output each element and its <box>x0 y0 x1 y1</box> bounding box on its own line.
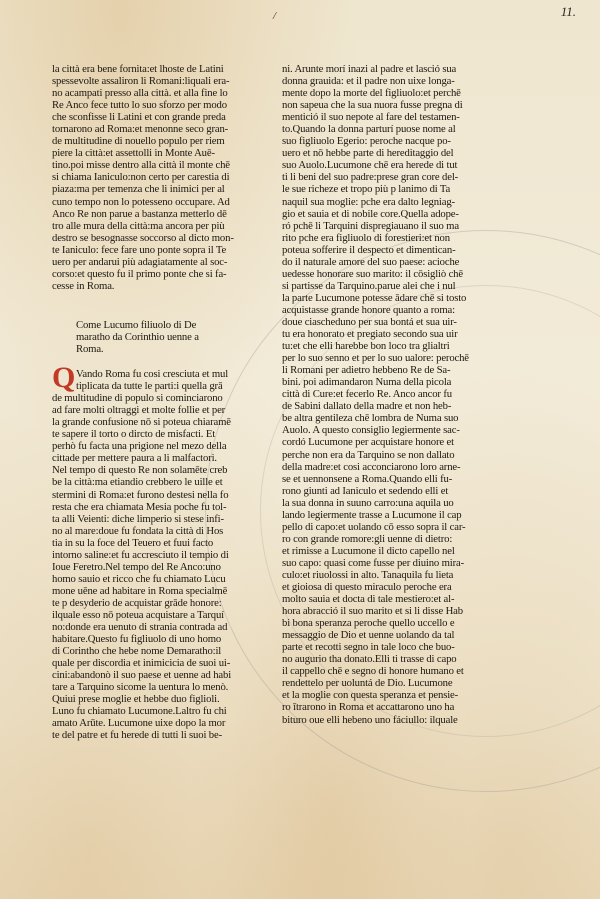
text-line: parte et recotti segno in tale loco che … <box>282 641 474 653</box>
text-line: resta che era chiamata Mesia poche fu to… <box>52 501 244 513</box>
text-line: la parte Lucumone potesse ādare chē si t… <box>282 292 474 304</box>
text-line: ti li beni del suo padre:prese gran core… <box>282 171 474 183</box>
text-line: la città era bene fornita:et lhoste de L… <box>52 63 244 75</box>
text-line: de multitudine di nouello populo per rie… <box>52 135 244 147</box>
text-line: ta alli Veienti: diche limperio si stese… <box>52 513 244 525</box>
text-line: perhò fu facta una prigione nel mezo del… <box>52 440 244 452</box>
text-line: te Ianiculo: fece fare uno ponte sopra i… <box>52 244 244 256</box>
text-line: rono giunti ad Ianiculo et sedendo elli … <box>282 485 474 497</box>
text-line: poteua sofferire il despecto et dimentic… <box>282 244 474 256</box>
text-line: Anco Re non parue a bastanza metterlo dē <box>52 208 244 220</box>
text-line: et rimisse a Lucumone il dicto capello n… <box>282 545 474 557</box>
text-line: uedesse honorare suo marito: il cōsigliò… <box>282 268 474 280</box>
text-line: donna grauida: et il padre non uixe long… <box>282 75 474 87</box>
text-line: de multitudine di populo si cominciarono <box>52 392 244 404</box>
text-line: la sua donna in suuno carro:una aquila u… <box>282 497 474 509</box>
text-line: stermini di Roma:et furono destesi nella… <box>52 489 244 501</box>
rubricated-initial: Q <box>52 365 74 391</box>
text-line: della madre:et cosi acconciarono loro ar… <box>282 461 474 473</box>
text-line: no augurio tha donato.Elli ti trasse di … <box>282 653 474 665</box>
text-line: ro con grande romore:gli uenne di dietro… <box>282 533 474 545</box>
text-line: homo sauio et ricco che fu chiamato Lucu <box>52 573 244 585</box>
text-line: Luno fu chiamato Lucumone.Laltro fu chi <box>52 705 244 717</box>
text-line: piaza:ma per temenza che li inimici per … <box>52 183 244 195</box>
text-line: mentició il suo nepote al fare del testa… <box>282 111 474 123</box>
text-line: Auolo. A questo consiglio legiermente sa… <box>282 424 474 436</box>
text-line: no:donde era uenuto di strania contrada … <box>52 621 244 633</box>
chapter-lines: de multitudine di populo si cominciarono… <box>52 392 244 741</box>
text-line: bini. poi adimandaron Numa della picola <box>282 376 474 388</box>
folio-number: 11. <box>561 4 576 20</box>
right-column: ni. Arunte morí inazi al padre et lasció… <box>282 63 474 726</box>
text-line: città di Cure:et fecerlo Re. Anco ancor … <box>282 388 474 400</box>
text-line: uero per andarui più adagiatamente al so… <box>52 256 244 268</box>
text-line: tornarono ad Roma:et menonne seco gran- <box>52 123 244 135</box>
text-line: bituro oue elli hebeno uno fáciullo: ilq… <box>282 714 474 726</box>
text-line: per lo suo senno et per lo suo ualore: p… <box>282 352 474 364</box>
text-line: Re Anco fece tutto lo suo sforzo per mod… <box>52 99 244 111</box>
text-line: tare a Tarquino sicome la uentura lo men… <box>52 681 244 693</box>
text-line: mente dopo la morte del figliuolo:et per… <box>282 87 474 99</box>
text-line: intorno saline:et fu accresciuto il temp… <box>52 549 244 561</box>
text-line: habitare.Questo fu figliuolo di uno homo <box>52 633 244 645</box>
text-line: cittade per mettere paura a li malfactor… <box>52 452 244 464</box>
text-line: suo Auolo.Lucumone chē era herede di tut <box>282 159 474 171</box>
text-line: non sapeua che la sua nuora fusse pregna… <box>282 99 474 111</box>
text-line: pello di capo:et uolando cō esso sopra i… <box>282 521 474 533</box>
text-line: mone uēne ad habitare in Roma specialmē <box>52 585 244 597</box>
text-line: quale per discordia et inimicicia de suo… <box>52 657 244 669</box>
left-column: la città era bene fornita:et lhoste de L… <box>52 63 244 741</box>
text-line: te p desyderio de acquistar grāde honore… <box>52 597 244 609</box>
text-line: uero et nō hebbe parte di hereditaggio d… <box>282 147 474 159</box>
text-line: ro ītrarono in Roma et accattarono uno h… <box>282 701 474 713</box>
text-line: Ioue Feretro.Nel tempo del Re Anco:uno <box>52 561 244 573</box>
initial-letter: Q <box>52 361 75 394</box>
text-line: di Corintho che hebe nome Demaratho:il <box>52 645 244 657</box>
text-line: corso:et questo fu il primo ponte che si… <box>52 268 244 280</box>
text-line: acquistasse grande honore quanto a roma: <box>282 304 474 316</box>
left-column-text: la città era bene fornita:et lhoste de L… <box>52 63 244 292</box>
text-line: Roma. <box>76 343 244 355</box>
text-line: amato Arūte. Lucumone uixe dopo la mor <box>52 717 244 729</box>
text-line: tro alle mura della città:ma ancora per … <box>52 220 244 232</box>
text-line: rendettelo per uoluntá de Dio. Lucumone <box>282 677 474 689</box>
text-line: la grande confusione nō si poteua chiara… <box>52 416 244 428</box>
text-line: no al mare:doue fu fondata la città di H… <box>52 525 244 537</box>
text-line: tia in su la foce del Teuero et fuui fac… <box>52 537 244 549</box>
text-line: perche non era da Tarquino se non dallat… <box>282 449 474 461</box>
top-mark: / <box>273 10 276 22</box>
text-line: piere la città:et assettolli in Monte Au… <box>52 147 244 159</box>
text-line: gio et sauia et di nobile core.Quella ad… <box>282 208 474 220</box>
text-line: che sconfisse li Latini et con grande pr… <box>52 111 244 123</box>
text-line: ilquale esso nō poteua acquistare a Tarq… <box>52 609 244 621</box>
text-line: le sue richeze et tropo più p lanimo di … <box>282 183 474 195</box>
text-line: messaggio de Dio et uenne uolando da tal <box>282 629 474 641</box>
text-line: de Sabini dallato della madre et non heb… <box>282 400 474 412</box>
text-line: si partisse da Tarquino.parue alei che i… <box>282 280 474 292</box>
text-line: cordó Lucumone per acquistare honore et <box>282 436 474 448</box>
text-line: ró pchē li Tarquini dispregiauano il suo… <box>282 220 474 232</box>
text-line: tu:et che elli harebbe bon loco tra glia… <box>282 340 474 352</box>
text-line: tino.poi misse dentro alla città il mont… <box>52 159 244 171</box>
text-line: rito pche era figliuolo di forestieri:et… <box>282 232 474 244</box>
text-line: to.Quando la donna parturí puose nome al <box>282 123 474 135</box>
text-line: cuno tempo non lo potesseno occupare. Ad <box>52 196 244 208</box>
text-line: te del patre et fu herede di tutti li su… <box>52 729 244 741</box>
text-line: doue ciascheduno per sua bontá et sua ui… <box>282 316 474 328</box>
chapter-body: Q Vando Roma fu cosi cresciuta et multip… <box>52 368 244 741</box>
text-line: destro se besognasse soccorso al dicto m… <box>52 232 244 244</box>
text-line: naquil sua moglie: pche era dalto legnia… <box>282 196 474 208</box>
text-line: si chiama Ianiculo:non certo per caresti… <box>52 171 244 183</box>
text-line: cini:abandonò il suo paese et uenne ad h… <box>52 669 244 681</box>
chapter-opening-lines: Vando Roma fu cosi cresciuta et multipli… <box>52 368 244 392</box>
text-line: hora abracció il suo marito et si li dis… <box>282 605 474 617</box>
text-line: tiplicata da tutte le parti:i quella grā <box>76 380 244 392</box>
text-line: Vando Roma fu cosi cresciuta et mul <box>76 368 244 380</box>
text-line: do il naturale amore del suo paese: acio… <box>282 256 474 268</box>
text-line: ni. Arunte morí inazi al padre et lasció… <box>282 63 474 75</box>
chapter-heading: Come Lucumo filiuolo di Demaratho da Cor… <box>76 319 244 355</box>
text-line: bi bona speranza peroche quello uccello … <box>282 617 474 629</box>
text-line: suo capo: quasi come fusse per diuino mi… <box>282 557 474 569</box>
text-line: be la città:ma etiandio crebbero le uill… <box>52 476 244 488</box>
text-line: te sapere il torto o dircto de misfacti.… <box>52 428 244 440</box>
text-line: suo figliuolo Egerio: peroche nacque po- <box>282 135 474 147</box>
text-line: li Romani per adietro hebbeno Re de Sa- <box>282 364 474 376</box>
text-line: lando legiermente trasse a Lucumone il c… <box>282 509 474 521</box>
text-line: et gioiosa di questo miraculo peroche er… <box>282 581 474 593</box>
text-line: Come Lucumo filiuolo di De <box>76 319 244 331</box>
text-line: se et uennonsene a Roma.Quando elli fu- <box>282 473 474 485</box>
right-column-text: ni. Arunte morí inazi al padre et lasció… <box>282 63 474 726</box>
text-line: Nel tempo di questo Re non solamēte creb <box>52 464 244 476</box>
text-line: culo:et riuolossi in alto. Tanaquila fu … <box>282 569 474 581</box>
text-line: spessevolte assaliron li Romani:liquali … <box>52 75 244 87</box>
text-line: no acampati presso alla città. et alla f… <box>52 87 244 99</box>
text-line: tu era honorato et pregiato secondo sua … <box>282 328 474 340</box>
text-line: ad fare molti oltraggi et molte follie e… <box>52 404 244 416</box>
text-line: et la moglie con questa speranza et pens… <box>282 689 474 701</box>
text-line: maratho da Corinthio uenne a <box>76 331 244 343</box>
text-line: be altra gentileza chē lombra de Numa su… <box>282 412 474 424</box>
text-line: Quiui prese moglie et hebbe duo figlioli… <box>52 693 244 705</box>
text-line: il cappello chē e segno di honore humano… <box>282 665 474 677</box>
text-line: cesse in Roma. <box>52 280 244 292</box>
text-line: molto sauia et docta di tale mestiero:et… <box>282 593 474 605</box>
manuscript-page: / 11. la città era bene fornita:et lhost… <box>0 0 600 899</box>
